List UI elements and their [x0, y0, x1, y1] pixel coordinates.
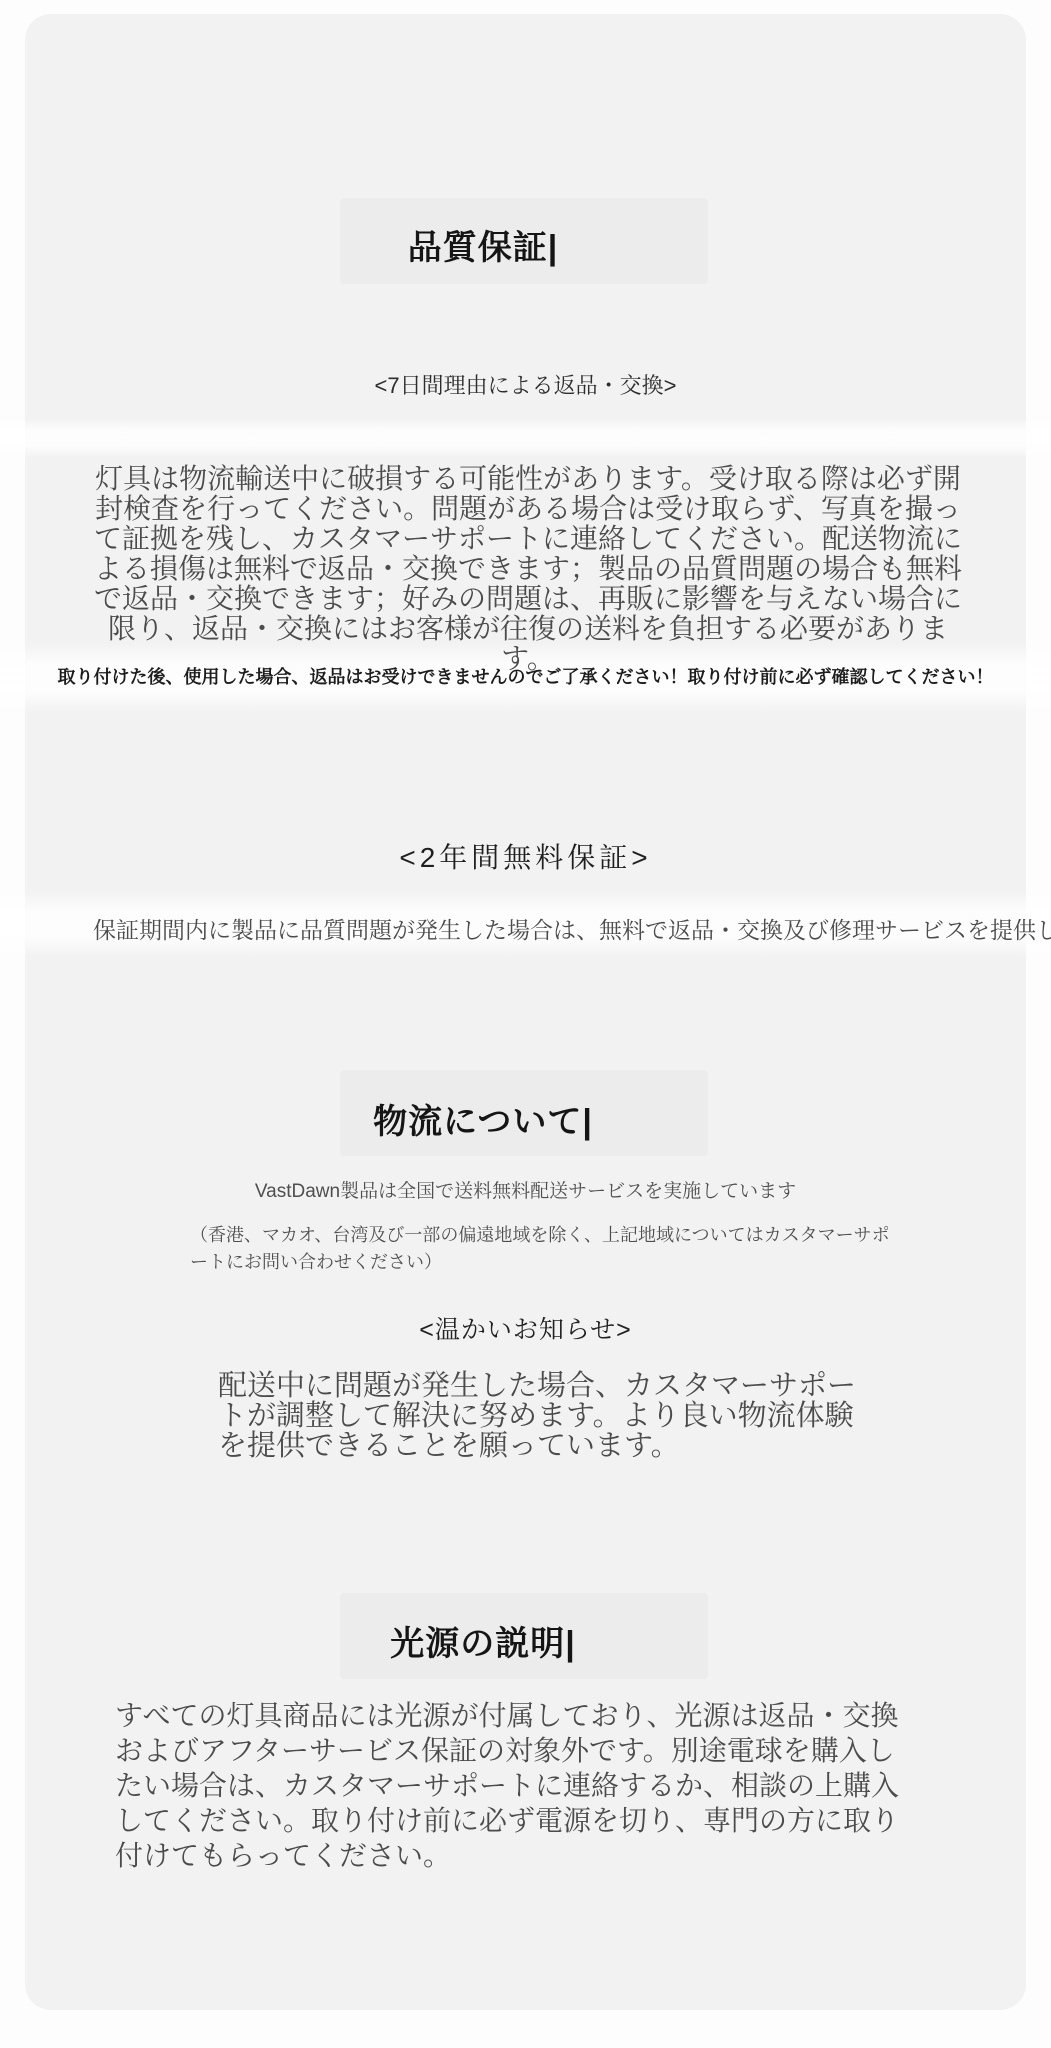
- quality-section-title: 品質保証|: [0, 220, 966, 269]
- logistics-notice-body: 配送中に問題が発生した場合、カスタマーサポートが調整して解決に努めます。より良い…: [218, 1371, 868, 1461]
- warranty-body-text: 保証期間内に製品に品質問題が発生した場合は、無料で返品・交換及び修理サービスを提…: [93, 912, 1051, 945]
- logistics-region-note: （香港、マカオ、台湾及び一部の偏遠地域を除く、上記地域についてはカスタマーサポー…: [190, 1222, 902, 1276]
- quality-install-notice: 取り付けた後、使用した場合、返品はお受けできませんのでご了承ください！取り付け前…: [0, 663, 1051, 689]
- logistics-subtitle: VastDawn製品は全国で送料無料配送サービスを実施しています: [0, 1176, 1051, 1203]
- quality-subtitle: <7日間理由による返品・交換>: [0, 369, 1051, 400]
- quality-body-text: 灯具は物流輸送中に破損する可能性があります。受け取る際は必ず開封検査を行ってくだ…: [88, 464, 968, 674]
- light-source-section-title: 光源の説明|: [0, 1616, 966, 1665]
- logistics-notice-subtitle: <温かいお知らせ>: [0, 1310, 1051, 1346]
- light-source-body-text: すべての灯具商品には光源が付属しており、光源は返品・交換およびアフターサービス保…: [115, 1698, 915, 1873]
- warranty-subtitle: <2年間無料保証>: [0, 836, 1051, 876]
- logistics-section-title: 物流について|: [0, 1094, 966, 1143]
- product-info-page: 品質保証| <7日間理由による返品・交換> 灯具は物流輸送中に破損する可能性があ…: [0, 0, 1051, 2048]
